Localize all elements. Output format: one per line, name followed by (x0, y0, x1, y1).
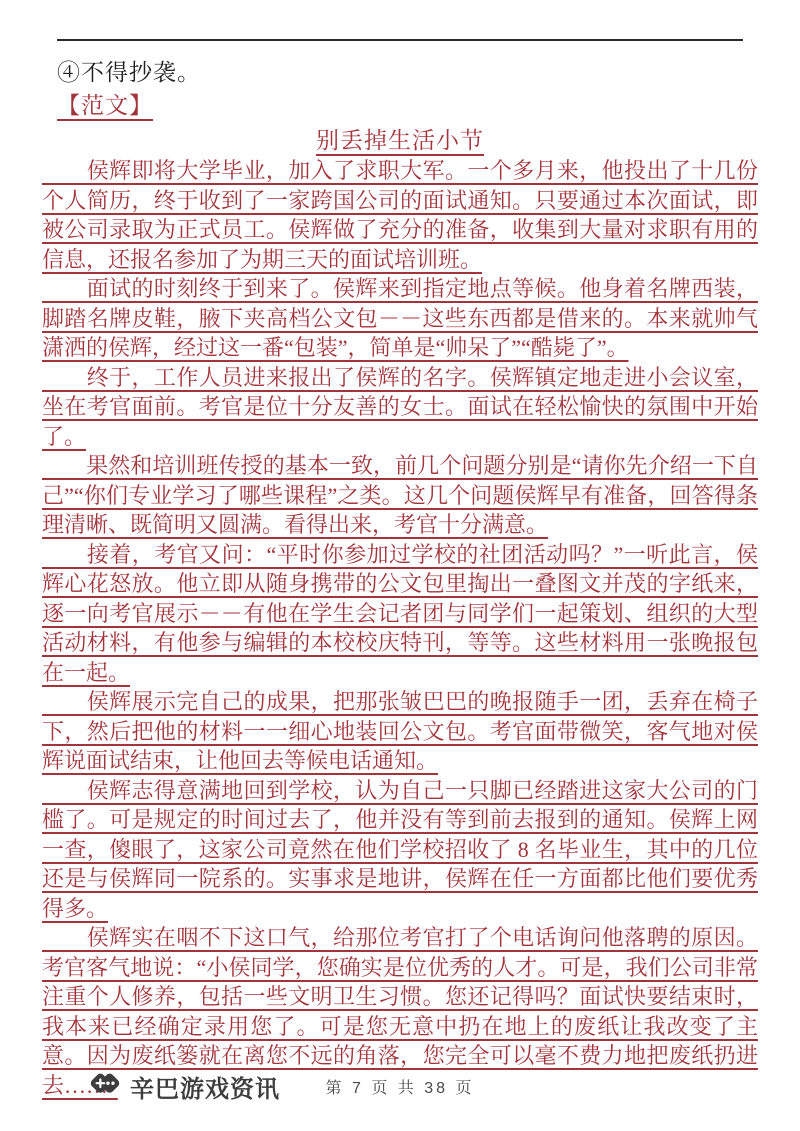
essay-title-text: 别丢掉生活小节 (316, 128, 484, 153)
top-divider (57, 39, 743, 41)
page-footer: 辛巴游戏资讯 第 7 页 共 38 页 (0, 1069, 800, 1105)
essay-body: 侯辉即将大学毕业，加入了求职大军。一个多月来，他投出了十几份个人简历，终于收到了… (42, 156, 758, 1100)
essay-paragraph: 终于，工作人员进来报出了侯辉的名字。侯辉镇定地走进小会议室，坐在考官面前。考官是… (42, 363, 758, 452)
essay-paragraph: 接着，考官又问：“平时你参加过学校的社团活动吗？”一听此言，侯辉心花怒放。他立即… (42, 540, 758, 688)
instruction-item: ④不得抄袭。 (57, 54, 201, 87)
essay-paragraph: 果然和培训班传授的基本一致，前几个问题分别是“请你先介绍一下自己”“你们专业学习… (42, 451, 758, 540)
document-page: ④不得抄袭。 【范文】 别丢掉生活小节 侯辉即将大学毕业，加入了求职大军。一个多… (0, 0, 800, 1131)
essay-paragraph: 侯辉即将大学毕业，加入了求职大军。一个多月来，他投出了十几份个人简历，终于收到了… (42, 156, 758, 274)
model-essay-label: 【范文】 (57, 87, 153, 120)
essay-paragraph: 侯辉展示完自己的成果，把那张皱巴巴的晚报随手一团，丢弃在椅子下，然后把他的材料一… (42, 687, 758, 776)
essay-title: 别丢掉生活小节 (0, 122, 800, 155)
page-number: 第 7 页 共 38 页 (0, 1075, 800, 1098)
essay-paragraph: 面试的时刻终于到来了。侯辉来到指定地点等候。他身着名牌西装，脚踏名牌皮鞋，腋下夹… (42, 274, 758, 363)
essay-paragraph: 侯辉志得意满地回到学校，认为自己一只脚已经踏进这家大公司的门槛了。可是规定的时间… (42, 776, 758, 924)
